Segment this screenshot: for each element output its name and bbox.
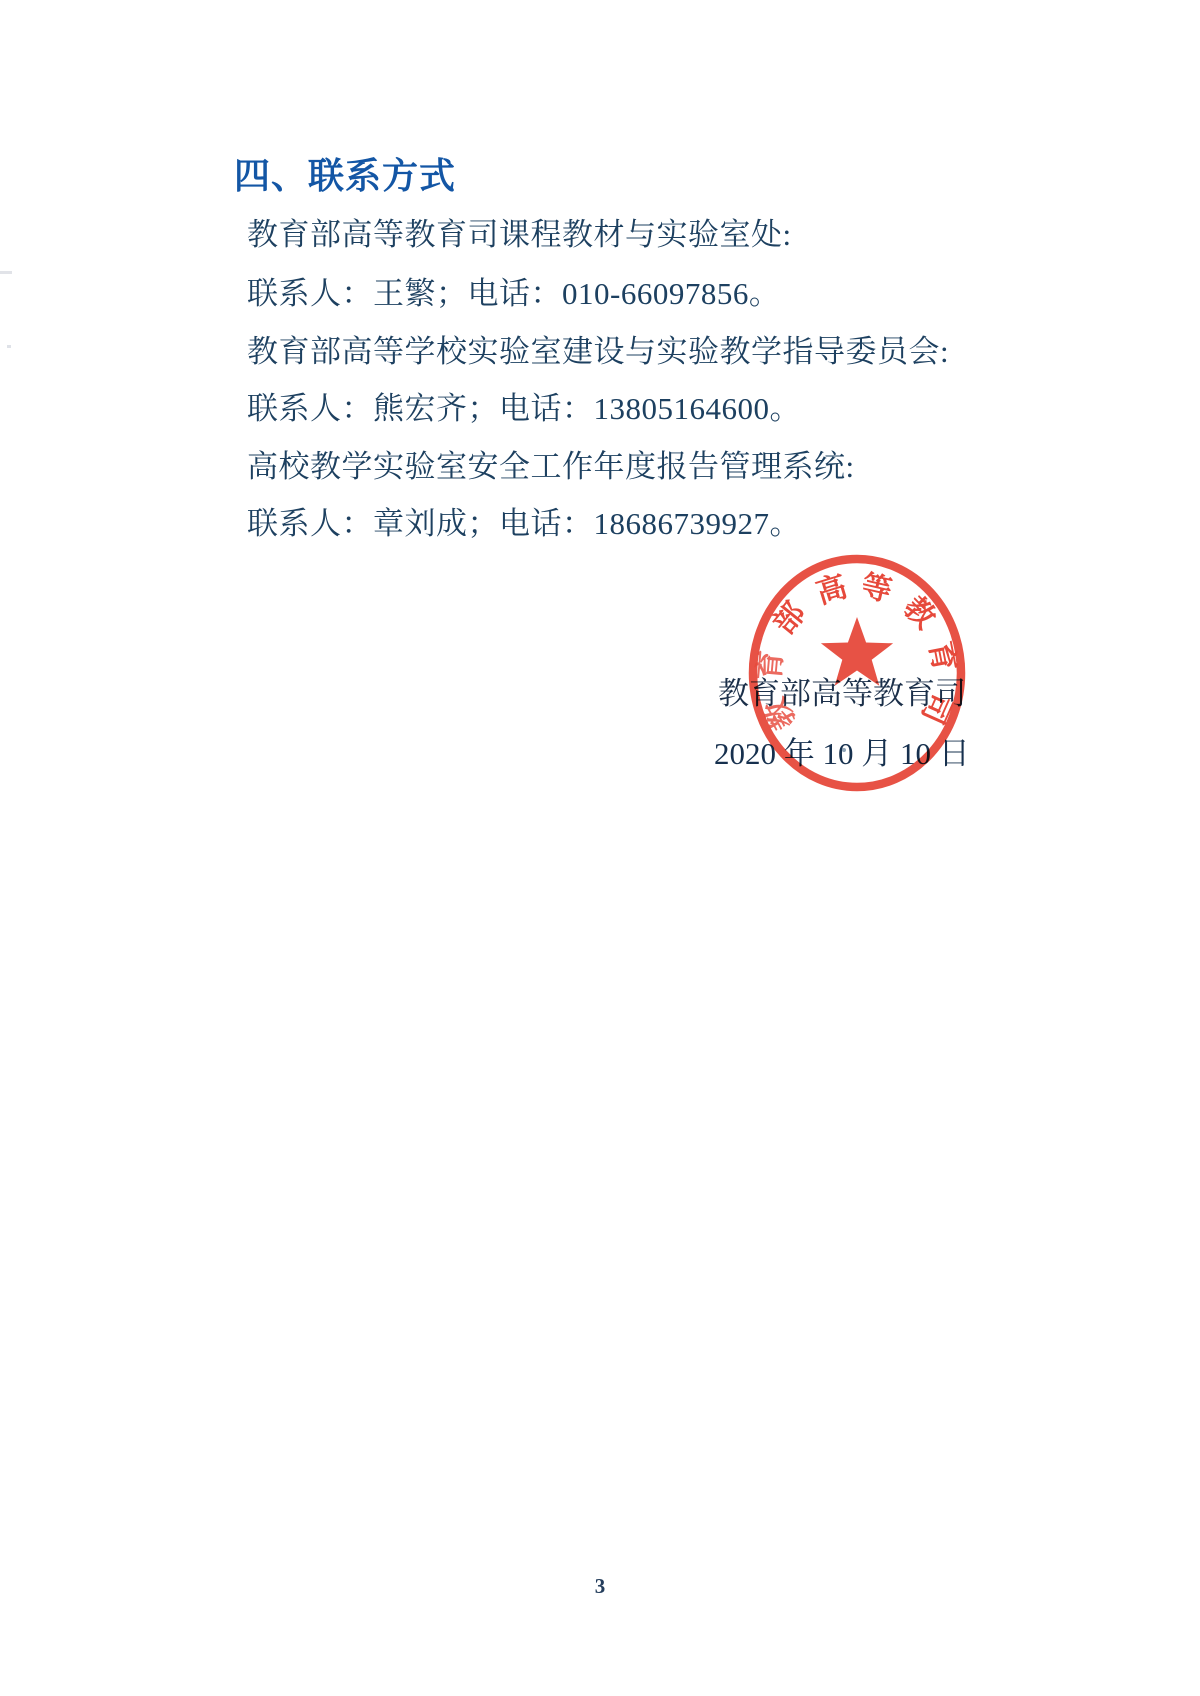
contact-line-department: 教育部高等教育司课程教材与实验室处: — [247, 209, 792, 254]
contact-line-person-1: 联系人：王繁；电话：010-66097856。 — [247, 268, 780, 313]
scan-artifact — [842, 748, 846, 752]
document-page: 四、联系方式 教育部高等教育司课程教材与实验室处: 联系人：王繁；电话：010-… — [0, 0, 1200, 1696]
contact-line-person-3: 联系人：章刘成；电话：18686739927。 — [247, 498, 801, 543]
seal-char: 教 — [897, 591, 942, 636]
seal-char: 部 — [768, 597, 813, 641]
page-number: 3 — [0, 1574, 1200, 1599]
contact-line-system: 高校教学实验室安全工作年度报告管理系统: — [247, 441, 855, 486]
contact-line-committee: 教育部高等学校实验室建设与实验教学指导委员会: — [247, 326, 949, 371]
signature-organization: 教育部高等教育司 — [718, 668, 966, 713]
contact-line-person-2: 联系人：熊宏齐；电话：13805164600。 — [247, 383, 801, 428]
section-heading: 四、联系方式 — [234, 148, 456, 199]
scan-artifact — [7, 345, 11, 348]
seal-char: 等 — [858, 569, 895, 608]
seal-char: 高 — [812, 569, 851, 610]
scan-artifact — [0, 271, 12, 274]
